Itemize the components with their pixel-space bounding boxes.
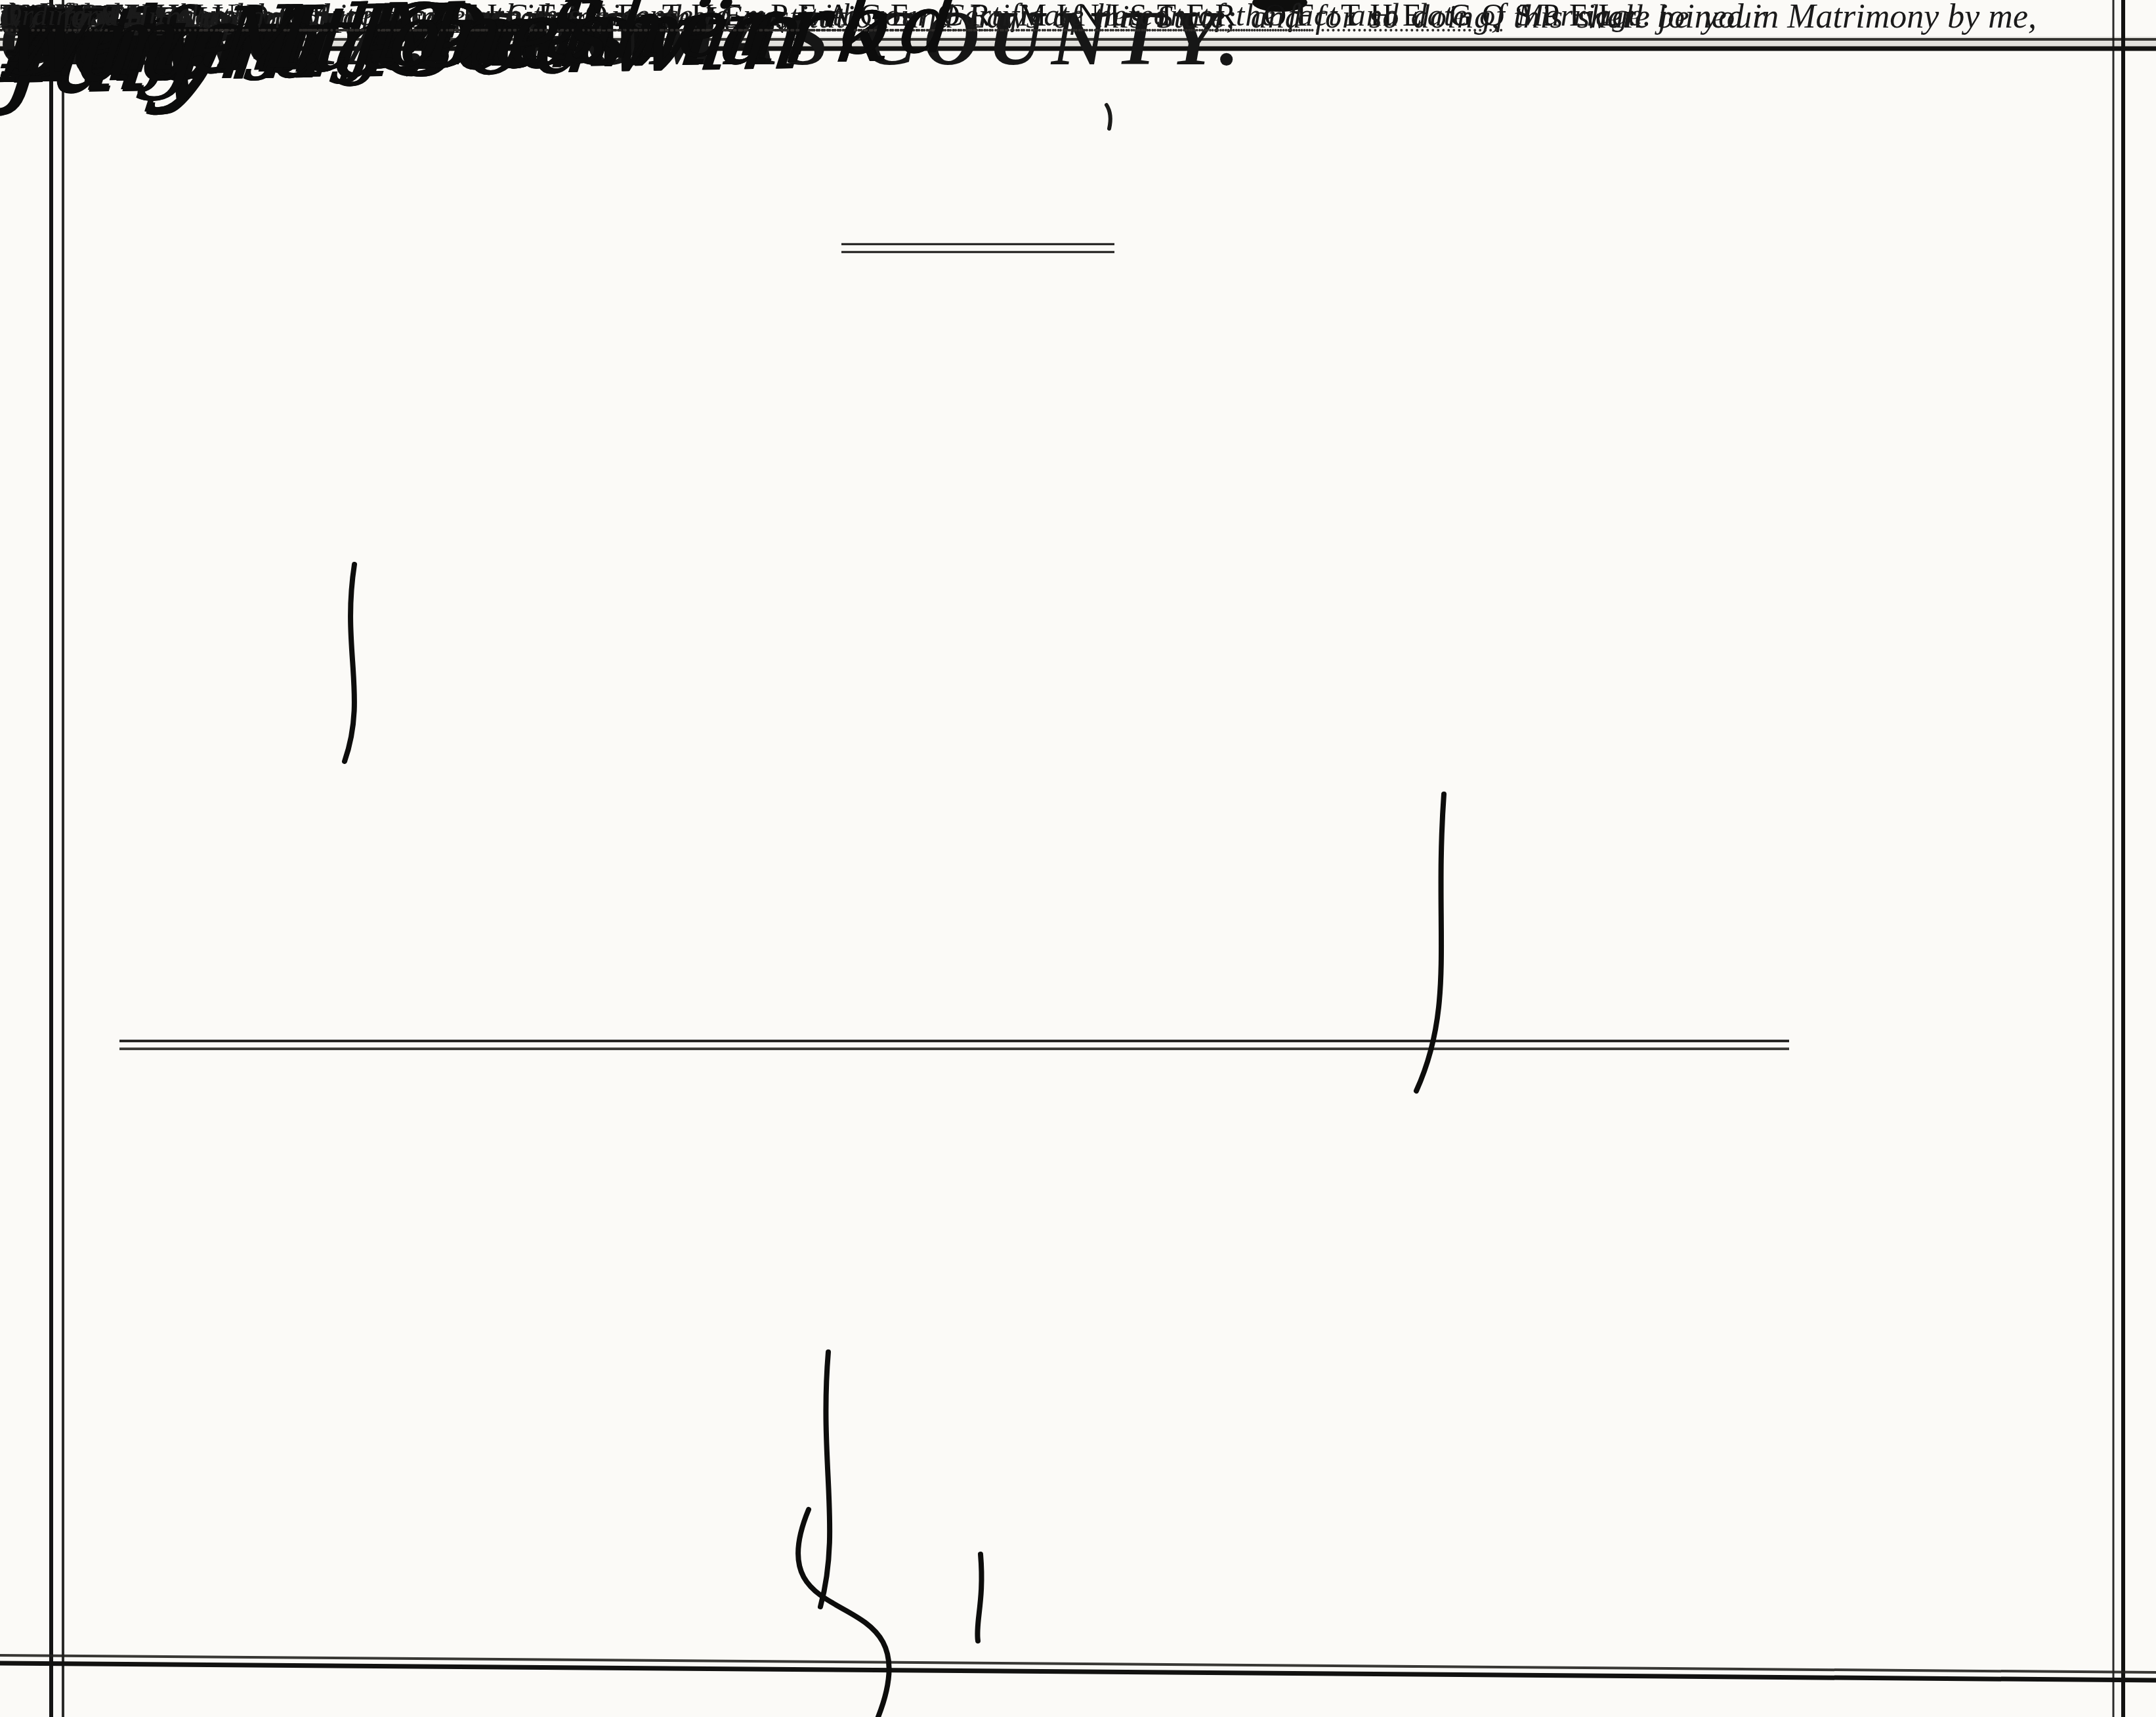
bottom-ordinary-title: Ordinary. — [0, 0, 117, 30]
marriage-license-document: GEORGIA, THOMAS COUNTY. TO ANY JUDGE, JU… — [0, 0, 2156, 1717]
page-border-frame — [0, 0, 2156, 1717]
scan-artifact — [1107, 105, 1110, 129]
ink-flourish — [345, 564, 1444, 1717]
joined-clause: were joined in Matrimony by me, — [1585, 0, 2037, 34]
